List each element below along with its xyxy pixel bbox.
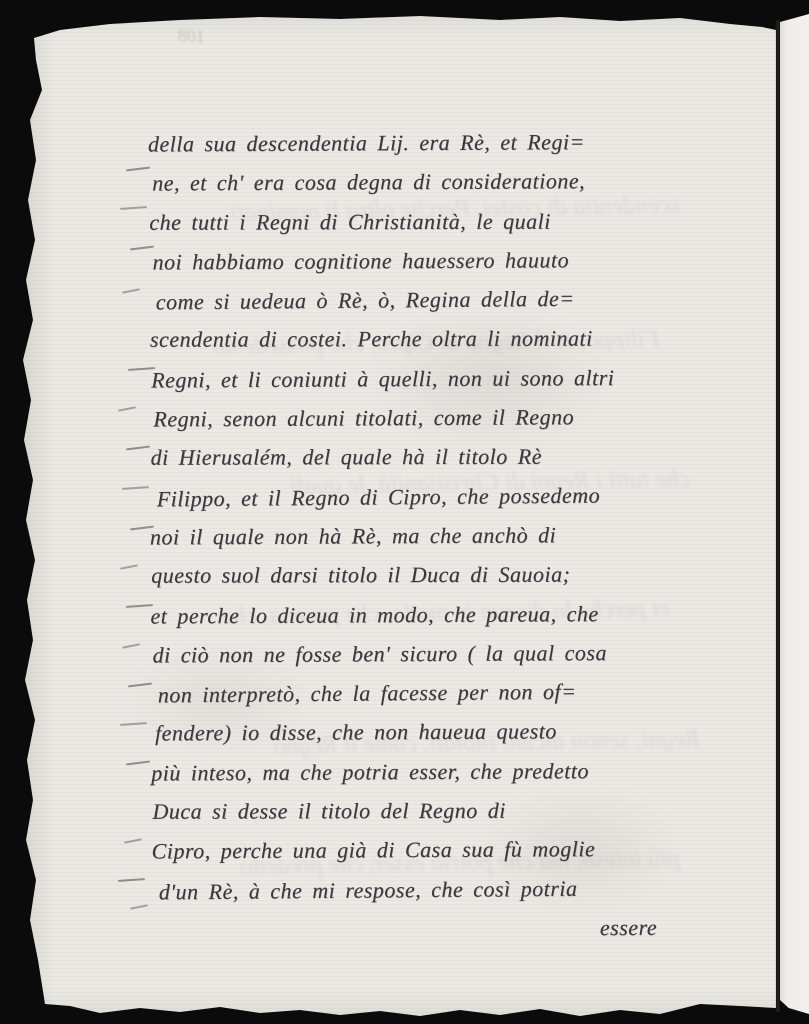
bleedthrough-text: scendentia di costei. Perche oltra li no… xyxy=(160,191,680,228)
manuscript-line: scendentia di costei. Perche oltra li no… xyxy=(150,319,709,360)
manuscript-line: di ciò non ne fosse ben' sicuro ( la qua… xyxy=(153,632,711,674)
manuscript-line: Regni, et li coniunti à quelli, non ui s… xyxy=(151,357,709,399)
manuscript-line: et perche lo diceua in modo, che pareua,… xyxy=(150,593,710,635)
manuscript-scan: scendentia di costei. Perche oltra li no… xyxy=(0,0,809,1024)
margin-mark xyxy=(126,761,150,766)
paper-stain xyxy=(360,300,620,460)
manuscript-line: noi il quale non hà Rè, ma che anchò di xyxy=(150,515,710,557)
margin-mark xyxy=(118,878,145,882)
manuscript-line: più inteso, ma che potria esser, che pre… xyxy=(151,750,711,792)
catchword: essere xyxy=(152,907,712,949)
manuscript-line: della sua descendentia Lij. era Rè, et R… xyxy=(148,122,708,164)
page-gap-crease xyxy=(775,20,780,1012)
manuscript-line: che tutti i Regni di Christianità, le qu… xyxy=(149,201,708,242)
next-page-edge xyxy=(780,14,809,1014)
manuscript-page: scendentia di costei. Perche oltra li no… xyxy=(0,0,809,1024)
bleedthrough-text: Filippo, et il Regno di Cipro, che posse… xyxy=(140,325,660,362)
margin-mark xyxy=(126,167,150,172)
bleedthrough-text: che tutti i Regni di Christianità, le qu… xyxy=(170,465,690,502)
manuscript-line: Duca si desse il titolo del Regno di xyxy=(152,790,711,831)
manuscript-line: di Hierusalém, del quale hà il titolo Rè xyxy=(151,437,710,478)
margin-mark xyxy=(120,206,147,210)
margin-mark xyxy=(126,446,150,451)
margin-mark xyxy=(122,643,140,648)
margin-mark xyxy=(118,406,136,411)
margin-mark xyxy=(122,288,140,293)
margin-mark xyxy=(122,486,149,490)
margin-mark xyxy=(128,683,152,688)
paper-stain xyxy=(120,640,320,760)
manuscript-line: Filippo, et il Regno di Cipro, che posse… xyxy=(157,474,710,518)
margin-mark xyxy=(126,604,153,608)
manuscript-line: d'un Rè, à che mi respose, che così potr… xyxy=(159,867,712,911)
manuscript-line: ne, et ch' era cosa degna di considerati… xyxy=(152,161,708,203)
bleedthrough-text: più inteso, ma che potria esser, che pre… xyxy=(160,845,680,882)
margin-mark xyxy=(128,367,155,371)
bleedthrough-text: Regni, senon alcuni titolati, come il Re… xyxy=(180,725,700,762)
margin-mark xyxy=(120,722,147,726)
manuscript-line: come si uedeua ò Rè, ò, Regina della de= xyxy=(156,278,709,322)
manuscript-line: fendere) io disse, che non haueua questo xyxy=(155,711,711,753)
manuscript-line: questo suol darsi titolo il Duca di Sauo… xyxy=(151,555,710,596)
margin-mark xyxy=(130,526,154,531)
margin-mark xyxy=(130,246,154,251)
manuscript-line: Regni, senon alcuni titolati, come il Re… xyxy=(153,397,709,439)
manuscript-line: noi habbiamo cognitione hauessero hauuto xyxy=(152,239,708,281)
manuscript-text: della sua descendentia Lij. era Rè, et R… xyxy=(148,122,712,950)
manuscript-line: Cipro, perche una già di Casa sua fù mog… xyxy=(152,829,712,871)
margin-mark xyxy=(124,838,142,843)
margin-mark xyxy=(130,904,148,909)
margin-mark xyxy=(120,564,138,569)
bleedthrough-folio-number: 108 xyxy=(177,25,205,48)
bleedthrough-text: et perche lo diceua in modo, che pareua,… xyxy=(150,595,670,632)
paper-stain xyxy=(470,780,690,920)
manuscript-line: non interpretò, che la facesse per non o… xyxy=(158,671,711,715)
